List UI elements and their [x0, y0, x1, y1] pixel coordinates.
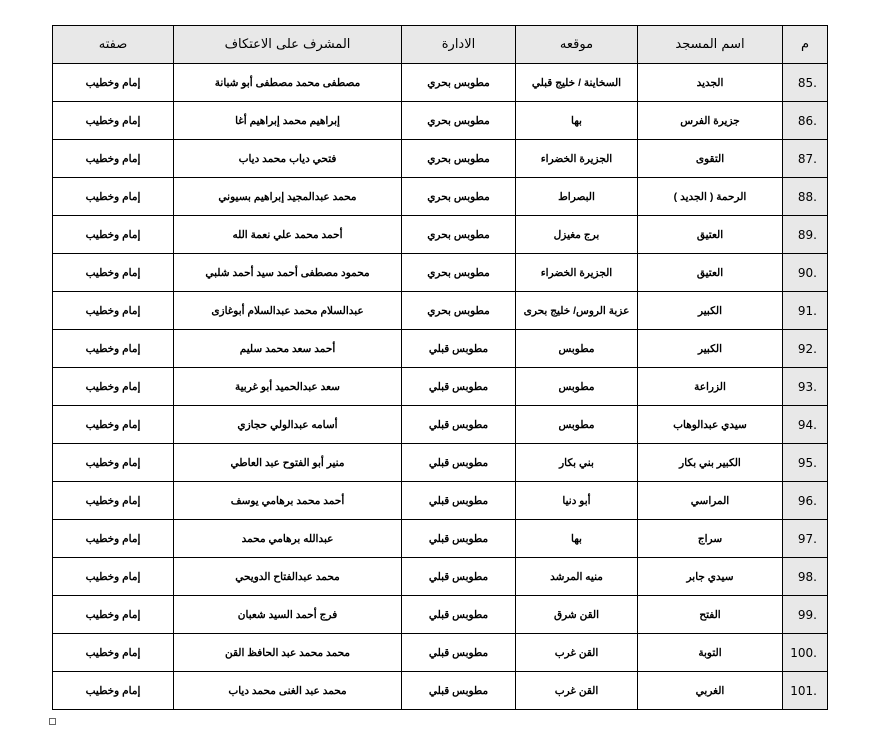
- row-number: 86.: [783, 102, 828, 140]
- mosque-name-cell: الغربي: [638, 672, 783, 710]
- supervisor-cell: محمد عبد الغنى محمد دياب: [174, 672, 402, 710]
- role-cell: إمام وخطيب: [53, 482, 174, 520]
- header-mosque-name: اسم المسجد: [638, 26, 783, 64]
- administration-cell: مطوبس بحري: [402, 292, 516, 330]
- supervisor-cell: فرج أحمد السيد شعبان: [174, 596, 402, 634]
- document-page: م اسم المسجد موقعه الادارة المشرف على ال…: [0, 0, 876, 746]
- role-cell: إمام وخطيب: [53, 178, 174, 216]
- administration-cell: مطوبس قبلي: [402, 672, 516, 710]
- supervisor-cell: فتحي دياب محمد دياب: [174, 140, 402, 178]
- role-cell: إمام وخطيب: [53, 64, 174, 102]
- mosque-name-cell: الكبير: [638, 330, 783, 368]
- row-number: 93.: [783, 368, 828, 406]
- location-cell: القن غرب: [516, 672, 638, 710]
- administration-cell: مطوبس بحري: [402, 254, 516, 292]
- supervisor-cell: منير أبو الفتوح عبد العاطي: [174, 444, 402, 482]
- role-cell: إمام وخطيب: [53, 672, 174, 710]
- role-cell: إمام وخطيب: [53, 558, 174, 596]
- table-row: 99. الفتح القن شرق مطوبس قبلي فرج أحمد ا…: [53, 596, 828, 634]
- location-cell: الجزيرة الخضراء: [516, 140, 638, 178]
- supervisor-cell: سعد عبدالحميد أبو غربية: [174, 368, 402, 406]
- location-cell: أبو دنيا: [516, 482, 638, 520]
- table-row: 100. التوبة القن غرب مطوبس قبلي محمد محم…: [53, 634, 828, 672]
- administration-cell: مطوبس قبلي: [402, 330, 516, 368]
- administration-cell: مطوبس بحري: [402, 216, 516, 254]
- header-supervisor: المشرف على الاعتكاف: [174, 26, 402, 64]
- supervisor-cell: عبدالسلام محمد عبدالسلام أبوغازى: [174, 292, 402, 330]
- location-cell: بها: [516, 102, 638, 140]
- row-number: 89.: [783, 216, 828, 254]
- administration-cell: مطوبس قبلي: [402, 406, 516, 444]
- role-cell: إمام وخطيب: [53, 330, 174, 368]
- supervisor-cell: أحمد محمد برهامي يوسف: [174, 482, 402, 520]
- mosque-name-cell: الكبير بني بكار: [638, 444, 783, 482]
- location-cell: البصراط: [516, 178, 638, 216]
- administration-cell: مطوبس قبلي: [402, 368, 516, 406]
- administration-cell: مطوبس بحري: [402, 140, 516, 178]
- administration-cell: مطوبس قبلي: [402, 596, 516, 634]
- role-cell: إمام وخطيب: [53, 368, 174, 406]
- row-number: 92.: [783, 330, 828, 368]
- role-cell: إمام وخطيب: [53, 634, 174, 672]
- header-location: موقعه: [516, 26, 638, 64]
- table-row: 94. سيدي عبدالوهاب مطوبس مطوبس قبلي أسام…: [53, 406, 828, 444]
- header-administration: الادارة: [402, 26, 516, 64]
- location-cell: القن غرب: [516, 634, 638, 672]
- row-number: 98.: [783, 558, 828, 596]
- row-number: 90.: [783, 254, 828, 292]
- mosque-name-cell: العتيق: [638, 216, 783, 254]
- row-number: 96.: [783, 482, 828, 520]
- administration-cell: مطوبس قبلي: [402, 444, 516, 482]
- mosque-name-cell: سيدي جابر: [638, 558, 783, 596]
- location-cell: مطوبس: [516, 368, 638, 406]
- administration-cell: مطوبس قبلي: [402, 520, 516, 558]
- location-cell: الجزيرة الخضراء: [516, 254, 638, 292]
- header-role: صفته: [53, 26, 174, 64]
- role-cell: إمام وخطيب: [53, 102, 174, 140]
- table-row: 91. الكبير عزبة الروس/ خليج بحرى مطوبس ب…: [53, 292, 828, 330]
- supervisor-cell: محمد عبدالفتاح الدويحي: [174, 558, 402, 596]
- mosque-name-cell: سراج: [638, 520, 783, 558]
- supervisor-cell: أحمد محمد علي نعمة الله: [174, 216, 402, 254]
- table-row: 89. العتيق برج مغيزل مطوبس بحري أحمد محم…: [53, 216, 828, 254]
- table-row: 90. العتيق الجزيرة الخضراء مطوبس بحري مح…: [53, 254, 828, 292]
- paragraph-marker-icon: [49, 718, 56, 725]
- table-header-row: م اسم المسجد موقعه الادارة المشرف على ال…: [53, 26, 828, 64]
- row-number: 101.: [783, 672, 828, 710]
- mosque-name-cell: التقوى: [638, 140, 783, 178]
- table-row: 93. الزراعة مطوبس مطوبس قبلي سعد عبدالحم…: [53, 368, 828, 406]
- role-cell: إمام وخطيب: [53, 520, 174, 558]
- mosques-table: م اسم المسجد موقعه الادارة المشرف على ال…: [52, 25, 828, 710]
- location-cell: مطوبس: [516, 330, 638, 368]
- administration-cell: مطوبس قبلي: [402, 634, 516, 672]
- mosque-name-cell: الزراعة: [638, 368, 783, 406]
- mosque-name-cell: سيدي عبدالوهاب: [638, 406, 783, 444]
- supervisor-cell: محمد عبدالمجيد إبراهيم بسيوني: [174, 178, 402, 216]
- supervisor-cell: أسامه عبدالولي حجازي: [174, 406, 402, 444]
- role-cell: إمام وخطيب: [53, 140, 174, 178]
- table-row: 95. الكبير بني بكار بني بكار مطوبس قبلي …: [53, 444, 828, 482]
- role-cell: إمام وخطيب: [53, 292, 174, 330]
- row-number: 87.: [783, 140, 828, 178]
- row-number: 88.: [783, 178, 828, 216]
- supervisor-cell: محمد محمد عبد الحافظ القن: [174, 634, 402, 672]
- supervisor-cell: أحمد سعد محمد سليم: [174, 330, 402, 368]
- supervisor-cell: مصطفى محمد مصطفى أبو شبانة: [174, 64, 402, 102]
- mosque-name-cell: الكبير: [638, 292, 783, 330]
- table-row: 97. سراج بها مطوبس قبلي عبدالله برهامي م…: [53, 520, 828, 558]
- mosque-name-cell: الفتح: [638, 596, 783, 634]
- table-row: 96. المراسي أبو دنيا مطوبس قبلي أحمد محم…: [53, 482, 828, 520]
- row-number: 94.: [783, 406, 828, 444]
- role-cell: إمام وخطيب: [53, 216, 174, 254]
- table-row: 87. التقوى الجزيرة الخضراء مطوبس بحري فت…: [53, 140, 828, 178]
- table-row: 85. الجديد السخاينة / خليج قبلي مطوبس بح…: [53, 64, 828, 102]
- supervisor-cell: إبراهيم محمد إبراهيم أغا: [174, 102, 402, 140]
- location-cell: برج مغيزل: [516, 216, 638, 254]
- role-cell: إمام وخطيب: [53, 406, 174, 444]
- location-cell: مطوبس: [516, 406, 638, 444]
- mosque-name-cell: الرحمة ( الجديد ): [638, 178, 783, 216]
- mosque-name-cell: التوبة: [638, 634, 783, 672]
- location-cell: بها: [516, 520, 638, 558]
- table-row: 88. الرحمة ( الجديد ) البصراط مطوبس بحري…: [53, 178, 828, 216]
- row-number: 95.: [783, 444, 828, 482]
- table-row: 98. سيدي جابر منيه المرشد مطوبس قبلي محم…: [53, 558, 828, 596]
- role-cell: إمام وخطيب: [53, 596, 174, 634]
- row-number: 100.: [783, 634, 828, 672]
- header-num: م: [783, 26, 828, 64]
- administration-cell: مطوبس قبلي: [402, 558, 516, 596]
- mosque-name-cell: العتيق: [638, 254, 783, 292]
- mosque-name-cell: الجديد: [638, 64, 783, 102]
- location-cell: القن شرق: [516, 596, 638, 634]
- table-row: 86. جزيرة الفرس بها مطوبس بحري إبراهيم م…: [53, 102, 828, 140]
- table-row: 101. الغربي القن غرب مطوبس قبلي محمد عبد…: [53, 672, 828, 710]
- role-cell: إمام وخطيب: [53, 254, 174, 292]
- location-cell: منيه المرشد: [516, 558, 638, 596]
- row-number: 99.: [783, 596, 828, 634]
- location-cell: السخاينة / خليج قبلي: [516, 64, 638, 102]
- administration-cell: مطوبس قبلي: [402, 482, 516, 520]
- supervisor-cell: عبدالله برهامي محمد: [174, 520, 402, 558]
- row-number: 85.: [783, 64, 828, 102]
- mosque-name-cell: جزيرة الفرس: [638, 102, 783, 140]
- administration-cell: مطوبس بحري: [402, 64, 516, 102]
- administration-cell: مطوبس بحري: [402, 102, 516, 140]
- location-cell: بني بكار: [516, 444, 638, 482]
- row-number: 97.: [783, 520, 828, 558]
- mosque-name-cell: المراسي: [638, 482, 783, 520]
- role-cell: إمام وخطيب: [53, 444, 174, 482]
- supervisor-cell: محمود مصطفى أحمد سيد أحمد شلبي: [174, 254, 402, 292]
- location-cell: عزبة الروس/ خليج بحرى: [516, 292, 638, 330]
- row-number: 91.: [783, 292, 828, 330]
- administration-cell: مطوبس بحري: [402, 178, 516, 216]
- table-row: 92. الكبير مطوبس مطوبس قبلي أحمد سعد محم…: [53, 330, 828, 368]
